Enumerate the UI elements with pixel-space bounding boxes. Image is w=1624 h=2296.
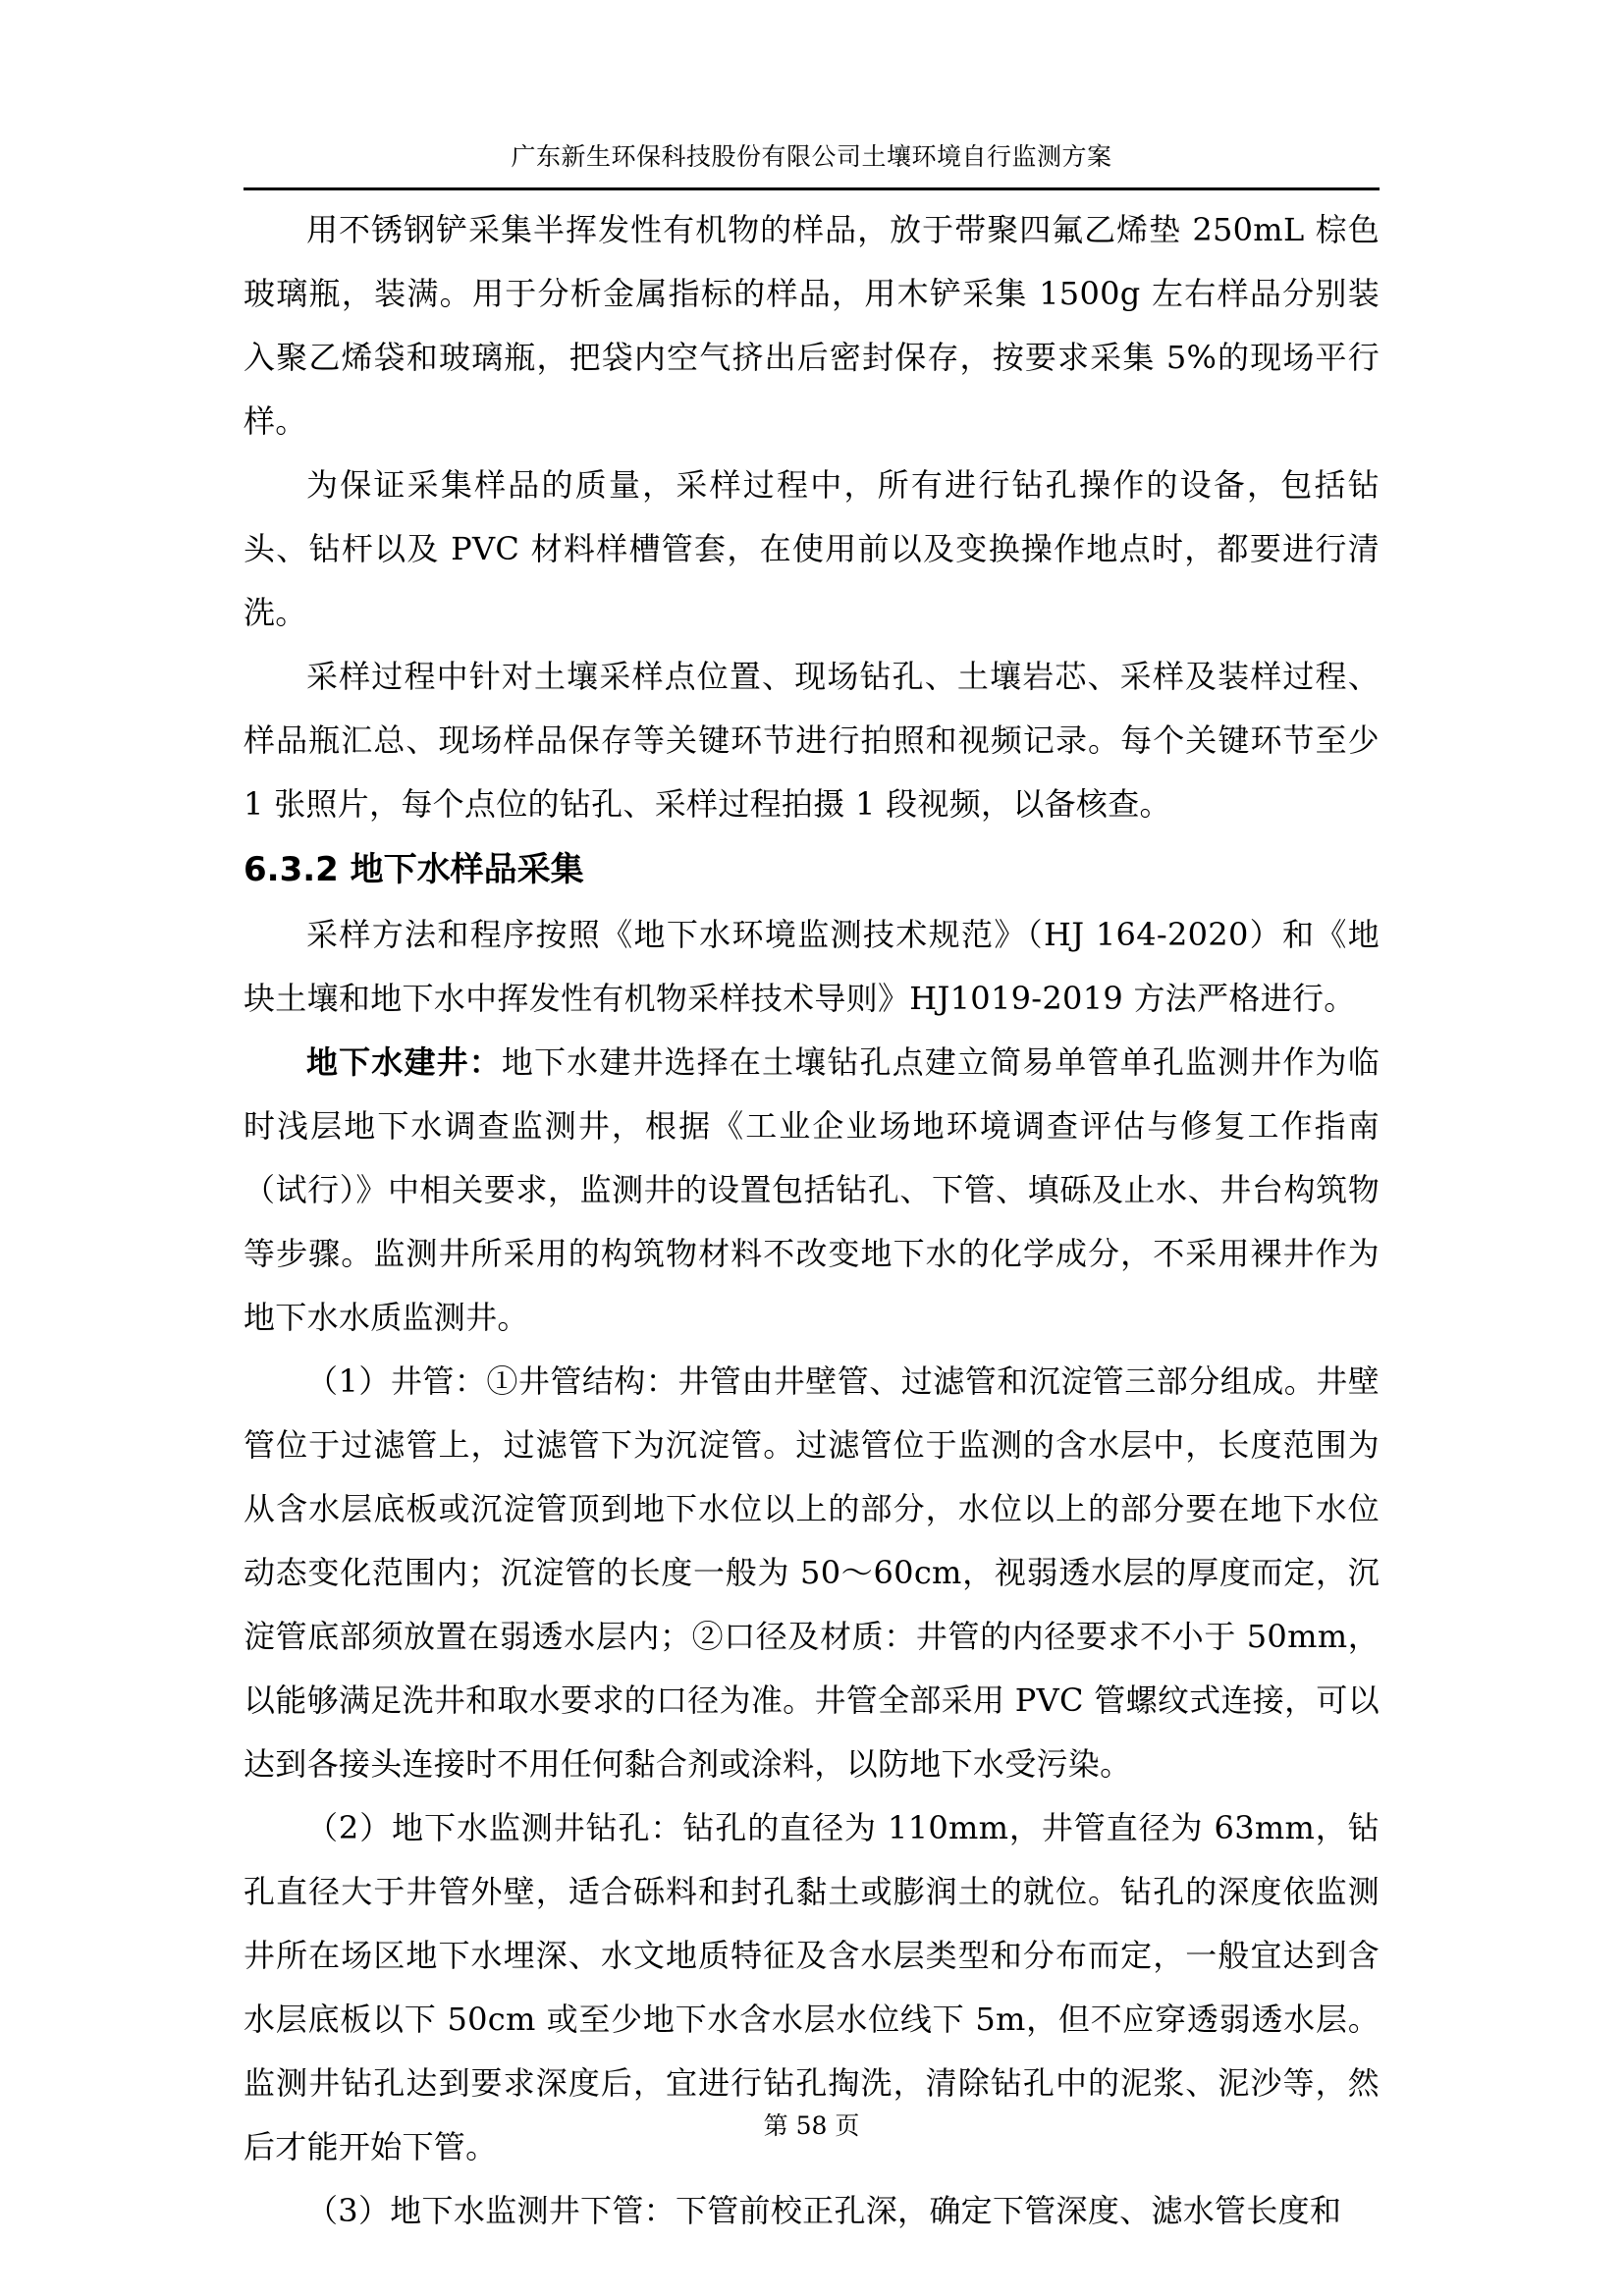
paragraph-sampling-tools: 用不锈钢铲采集半挥发性有机物的样品，放于带聚四氟乙烯垫 250mL 棕色玻璃瓶，… <box>244 198 1380 454</box>
document-page: 广东新生环保科技股份有限公司土壤环境自行监测方案 用不锈钢铲采集半挥发性有机物的… <box>0 0 1624 2296</box>
well-building-text: 地下水建井选择在土壤钻孔点建立简易单管单孔监测井作为临时浅层地下水调查监测井，根… <box>244 1043 1380 1336</box>
well-building-lead: 地下水建井： <box>306 1043 502 1081</box>
paragraph-method: 采样方法和程序按照《地下水环境监测技术规范》（HJ 164-2020）和《地块土… <box>244 903 1380 1031</box>
paragraph-item-1-well-pipe: （1）井管：①井管结构：井管由井壁管、过滤管和沉淀管三部分组成。井壁管位于过滤管… <box>244 1350 1380 1796</box>
running-header: 广东新生环保科技股份有限公司土壤环境自行监测方案 <box>244 137 1380 173</box>
paragraph-well-building: 地下水建井：地下水建井选择在土壤钻孔点建立简易单管单孔监测井作为临时浅层地下水调… <box>244 1031 1380 1350</box>
paragraph-equipment-cleaning: 为保证采集样品的质量，采样过程中，所有进行钻孔操作的设备，包括钻头、钻杆以及 P… <box>244 454 1380 645</box>
paragraph-photo-records: 采样过程中针对土壤采样点位置、现场钻孔、土壤岩芯、采样及装样过程、样品瓶汇总、现… <box>244 645 1380 836</box>
section-heading: 6.3.2 地下水样品采集 <box>244 836 1380 903</box>
page-number: 第 58 页 <box>244 2107 1380 2142</box>
header-divider <box>244 187 1380 190</box>
paragraph-item-3-pipe-lowering: （3）地下水监测井下管：下管前校正孔深，确定下管深度、滤水管长度和 <box>244 2179 1380 2243</box>
document-body: 用不锈钢铲采集半挥发性有机物的样品，放于带聚四氟乙烯垫 250mL 棕色玻璃瓶，… <box>244 198 1380 2243</box>
